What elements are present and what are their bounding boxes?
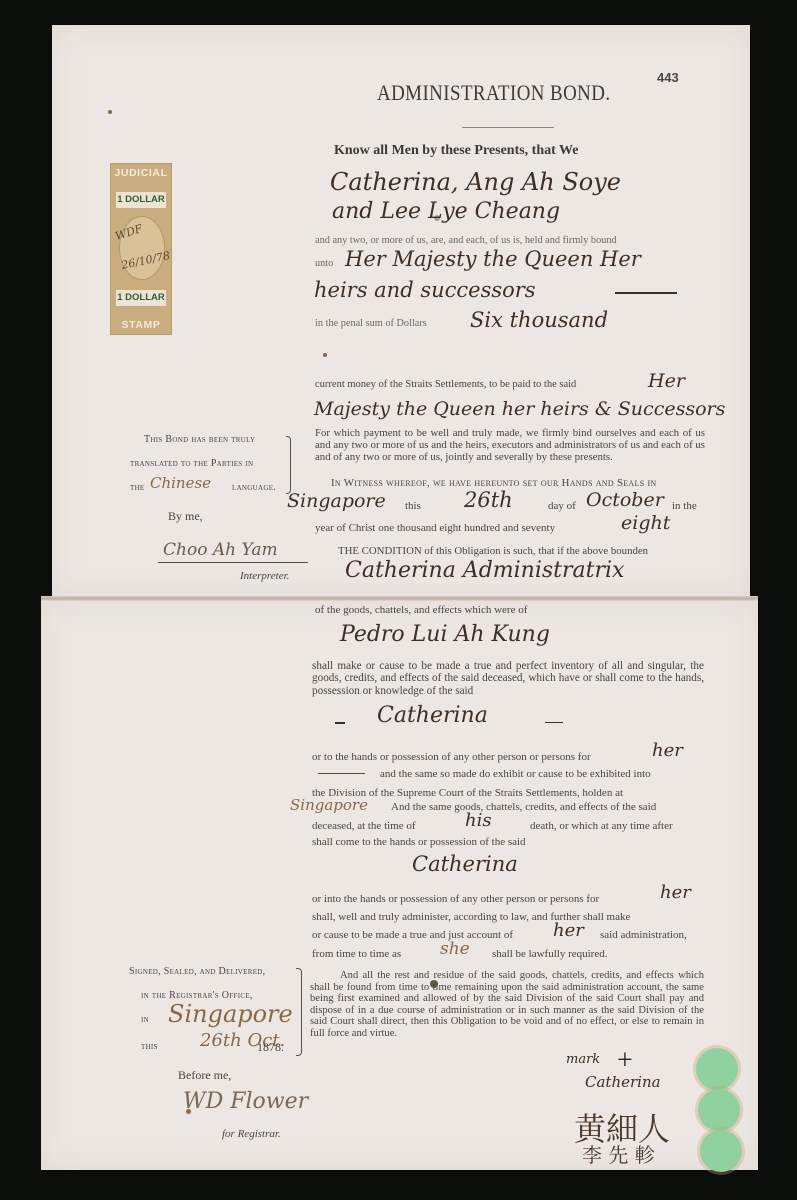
goods-clause: of the goods, chattels, and effects whic… xyxy=(315,604,527,616)
penal-sum-handwritten: Six thousand xyxy=(470,308,608,332)
payee-handwritten-line1: Her xyxy=(648,370,685,392)
by-me-label: By me, xyxy=(168,509,203,524)
green-wafer-seal xyxy=(696,1048,738,1090)
stamp-value-top: 1 DOLLAR xyxy=(116,192,166,208)
translation-note-line2: translated to the Parties in xyxy=(130,458,253,469)
witness-month-handwritten: October xyxy=(586,489,664,511)
administratrix-handwritten: Catherina Administratrix xyxy=(345,558,624,583)
deceased-time-clause: deceased, at the time of xyxy=(312,820,416,832)
time-clause-a: from time to time as xyxy=(312,948,401,960)
death-pronoun-handwritten: his xyxy=(465,810,492,831)
foxing-spot xyxy=(108,110,112,114)
registrar-signature: WD Flower xyxy=(183,1089,308,1114)
same-goods-clause: And the same goods, chattels, credits, a… xyxy=(391,801,656,813)
this-label: this xyxy=(405,500,421,512)
year-handwritten: eight xyxy=(621,512,670,534)
time-pronoun-handwritten: she xyxy=(440,939,470,959)
preamble: Know all Men by these Presents, that We xyxy=(334,143,578,159)
deceased-name-handwritten: Pedro Lui Ah Kung xyxy=(340,622,550,647)
translation-language-handwritten: Chinese xyxy=(150,474,211,492)
payee-handwritten-line2: Majesty the Queen her heirs & Successors xyxy=(314,398,725,420)
mark-name-handwritten: Catherina xyxy=(585,1073,661,1091)
condition-clause: THE CONDITION of this Obligation is such… xyxy=(338,545,648,557)
execution-in-label: in xyxy=(141,1014,149,1025)
stamp-top-label: JUDICIAL xyxy=(114,166,168,180)
obligors-handwritten-line1: Catherina, Ang Ah Soye xyxy=(330,168,621,196)
in-the-label: in the xyxy=(672,500,697,512)
shall-come-clause: shall come to the hands or possession of… xyxy=(312,836,526,848)
account-clause-a: or cause to be made a true and just acco… xyxy=(312,929,513,941)
obligee-dash xyxy=(615,292,677,294)
bound-clause: and any two, or more of us, are, and eac… xyxy=(315,235,617,246)
penal-sum-label: in the penal sum of Dollars xyxy=(315,318,427,329)
translation-brace xyxy=(286,436,291,494)
judicial-stamp: JUDICIAL 1 DOLLAR WDF 26/10/78 1 DOLLAR … xyxy=(110,163,172,335)
registrar-label: for Registrar. xyxy=(222,1128,281,1140)
possession-name-handwritten: Catherina xyxy=(412,852,518,876)
hands-pronoun-handwritten: her xyxy=(652,740,683,761)
knowledge-dash-right xyxy=(545,722,563,723)
obligee-handwritten-line2: heirs and successors xyxy=(314,278,536,302)
payment-paragraph: For which payment to be well and truly m… xyxy=(315,427,705,463)
stamp-value-bottom: 1 DOLLAR xyxy=(116,290,166,306)
green-wafer-seal xyxy=(698,1089,740,1131)
execution-year: 1878. xyxy=(257,1040,284,1055)
paper-fold-line xyxy=(41,596,758,601)
time-clause-b: shall be lawfully required. xyxy=(492,948,607,960)
green-wafer-seal xyxy=(700,1130,742,1172)
interpreter-signature: Choo Ah Yam xyxy=(163,540,278,560)
obligee-handwritten-line1: Her Majesty the Queen Her xyxy=(345,247,641,271)
hands-dash xyxy=(318,773,365,774)
unto-label: unto xyxy=(315,258,333,269)
translation-note-line3-prefix: the xyxy=(130,482,145,493)
obligors-handwritten-line2: and Lee Lye Cheang xyxy=(332,199,560,224)
hands-clause: or to the hands or possession of any oth… xyxy=(312,751,591,763)
day-of-label: day of xyxy=(548,500,576,512)
year-clause: year of Christ one thousand eight hundre… xyxy=(315,522,555,534)
title-underline xyxy=(462,127,554,128)
death-clause: death, or which at any time after xyxy=(530,820,673,832)
interpreter-label: Interpreter. xyxy=(240,570,289,582)
page-number: 443 xyxy=(657,70,679,85)
knowledge-dash-left xyxy=(335,722,345,724)
witness-place-handwritten: Singapore xyxy=(287,490,386,512)
before-me-label: Before me, xyxy=(178,1068,231,1083)
mark-label: mark xyxy=(566,1052,600,1067)
inventory-paragraph: shall make or cause to be made a true an… xyxy=(312,660,704,697)
into-hands-clause: or into the hands or possession of any o… xyxy=(312,893,599,905)
knowledge-name-handwritten: Catherina xyxy=(377,703,488,728)
residue-paragraph: And all the rest and residue of the said… xyxy=(310,970,704,1040)
into-hands-pronoun-handwritten: her xyxy=(660,882,691,903)
execution-brace xyxy=(296,968,302,1056)
witness-day-handwritten: 26th xyxy=(464,488,513,512)
chinese-signature-line2: 李 先 軫 xyxy=(582,1139,655,1168)
current-money-clause: current money of the Straits Settlements… xyxy=(315,379,576,390)
foxing-spot xyxy=(323,353,327,357)
division-place-handwritten: Singapore xyxy=(290,796,368,814)
interpreter-signature-line xyxy=(158,562,308,563)
translation-note-line1: This Bond has been truly xyxy=(144,434,255,445)
document-title: ADMINISTRATION BOND. xyxy=(377,80,611,106)
exhibit-clause: and the same so made do exhibit or cause… xyxy=(380,768,651,780)
stamp-bottom-label: STAMP xyxy=(114,318,168,332)
execution-this-label: this xyxy=(141,1041,158,1052)
execution-line1: Signed, Sealed, and Delivered, xyxy=(129,966,265,977)
account-clause-b: said administration, xyxy=(600,929,687,941)
account-pronoun-handwritten: her xyxy=(553,920,584,941)
translation-note-line3-suffix: language. xyxy=(232,482,276,493)
execution-place-handwritten: Singapore xyxy=(168,1000,293,1028)
